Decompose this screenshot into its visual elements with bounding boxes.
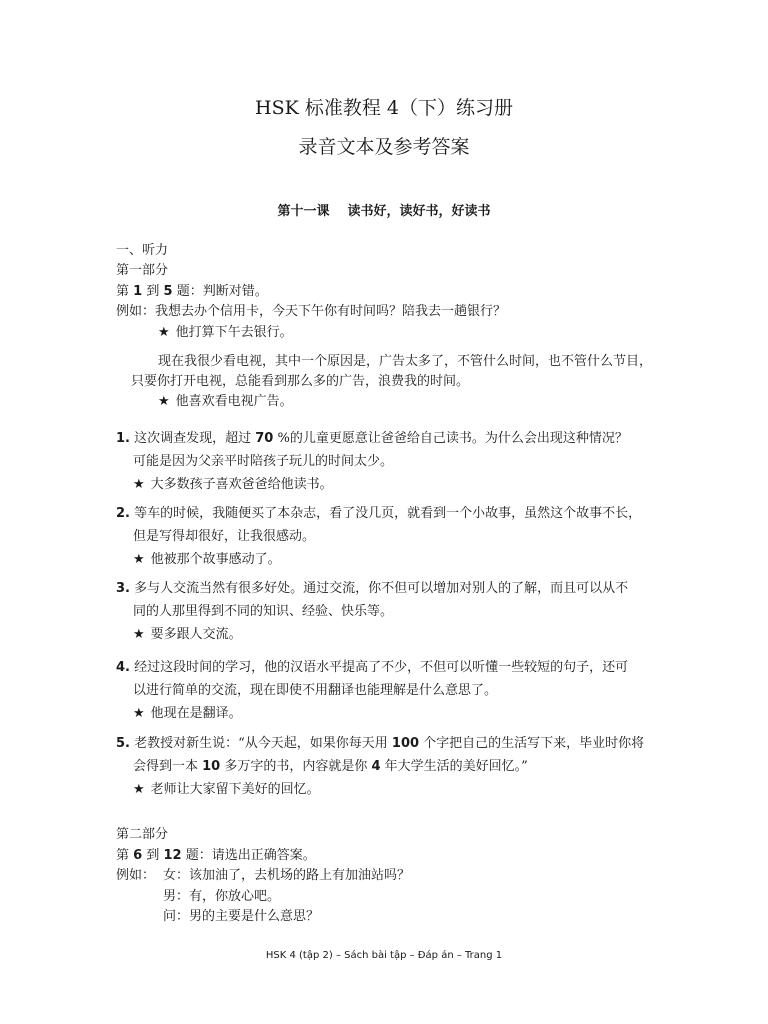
question-line: 3. 多与人交流当然有很多好处。通过交流，你不但可以增加对别人的了解，而且可以从… [116,580,676,603]
dialogue-line: 问：男的主要是什么意思？ [163,908,319,926]
question-line: 2. 等车的时候，我随便买了本杂志，看了没几页，就看到一个小故事，虽然这个故事不… [116,505,676,528]
star-icon: ★ [158,324,170,342]
question-line: 5. 老教授对新生说：“从今天起，如果你每天用 100 个字把自己的生活写下来，… [116,735,676,758]
dialogue-line: 男：有，你放心吧。 [163,888,280,906]
question-number: 3. [116,581,130,596]
question-1: 1. 这次调查发现，超过 70 %的儿童更愿意让爸爸给自己读书。为什么会出现这种… [116,430,676,499]
part2-label: 第二部分 [116,826,168,844]
question-4: 4. 经过这段时间的学习，他的汉语水平提高了不少，不但可以听懂一些较短的句子，还… [116,659,676,728]
page-footer: HSK 4 (tập 2) – Sách bài tập – Đáp án – … [0,949,768,963]
document-title: HSK 标准教程 4（下）练习册 [0,96,768,120]
question-line: 同的人那里得到不同的知识、经验、快乐等。 [116,603,676,626]
document-subtitle: 录音文本及参考答案 [0,135,768,159]
section-heading: 一、听力 [116,242,168,260]
question-line: 但是写得却很好，让我很感动。 [116,528,676,551]
question-number: 1. [116,431,130,446]
example-label: 例如： [116,304,155,319]
star-icon: ★ [158,393,170,411]
example2-answer: ★他喜欢看电视广告。 [158,393,293,411]
lesson-name: 读书好，读好书，好读书 [348,204,491,219]
star-icon: ★ [133,476,145,494]
question-3: 3. 多与人交流当然有很多好处。通过交流，你不但可以增加对别人的了解，而且可以从… [116,580,676,649]
star-icon: ★ [133,705,145,723]
lesson-number: 第十一课 [277,204,329,219]
document-page: HSK 标准教程 4（下）练习册 录音文本及参考答案 第十一课读书好，读好书，好… [0,0,768,1024]
question-line: 可能是因为父亲平时陪孩子玩儿的时间太少。 [116,453,676,476]
question-answer: ★大多数孩子喜欢爸爸给他读书。 [116,476,676,499]
question-line: 以进行简单的交流，现在即使不用翻译也能理解是什么意思了。 [116,682,676,705]
example1-answer: ★他打算下午去银行。 [158,324,293,342]
question-5: 5. 老教授对新生说：“从今天起，如果你每天用 100 个字把自己的生活写下来，… [116,735,676,804]
example2-line2: 只要你打开电视，总能看到那么多的广告，浪费我的时间。 [131,373,469,391]
question-number: 5. [116,736,130,751]
question-line: 会得到一本 10 多万字的书，内容就是你 4 年大学生活的美好回忆。” [116,758,676,781]
question-number: 2. [116,506,130,521]
dialogue-line: 女：该加油了，去机场的路上有加油站吗？ [163,867,410,885]
part1-label: 第一部分 [116,262,168,280]
part2-instruction: 第 6 到 12 题：请选出正确答案。 [116,847,316,865]
example1-question: 例如：我想去办个信用卡，今天下午你有时间吗？陪我去一趟银行？ [116,303,506,321]
star-icon: ★ [133,551,145,569]
lesson-heading: 第十一课读书好，读好书，好读书 [0,203,768,221]
question-2: 2. 等车的时候，我随便买了本杂志，看了没几页，就看到一个小故事，虽然这个故事不… [116,505,676,574]
question-number: 4. [116,660,130,675]
star-icon: ★ [133,781,145,799]
question-answer: ★要多跟人交流。 [116,626,676,649]
question-answer: ★他现在是翻译。 [116,705,676,728]
part1-instruction: 第 1 到 5 题：判断对错。 [116,283,268,301]
question-answer: ★他被那个故事感动了。 [116,551,676,574]
part2-example-label: 例如： [116,867,155,885]
question-line: 4. 经过这段时间的学习，他的汉语水平提高了不少，不但可以听懂一些较短的句子，还… [116,659,676,682]
question-answer: ★老师让大家留下美好的回忆。 [116,781,676,804]
example2-line1: 现在我很少看电视，其中一个原因是，广告太多了，不管什么时间，也不管什么节目， [158,353,652,371]
question-line: 1. 这次调查发现，超过 70 %的儿童更愿意让爸爸给自己读书。为什么会出现这种… [116,430,676,453]
star-icon: ★ [133,626,145,644]
